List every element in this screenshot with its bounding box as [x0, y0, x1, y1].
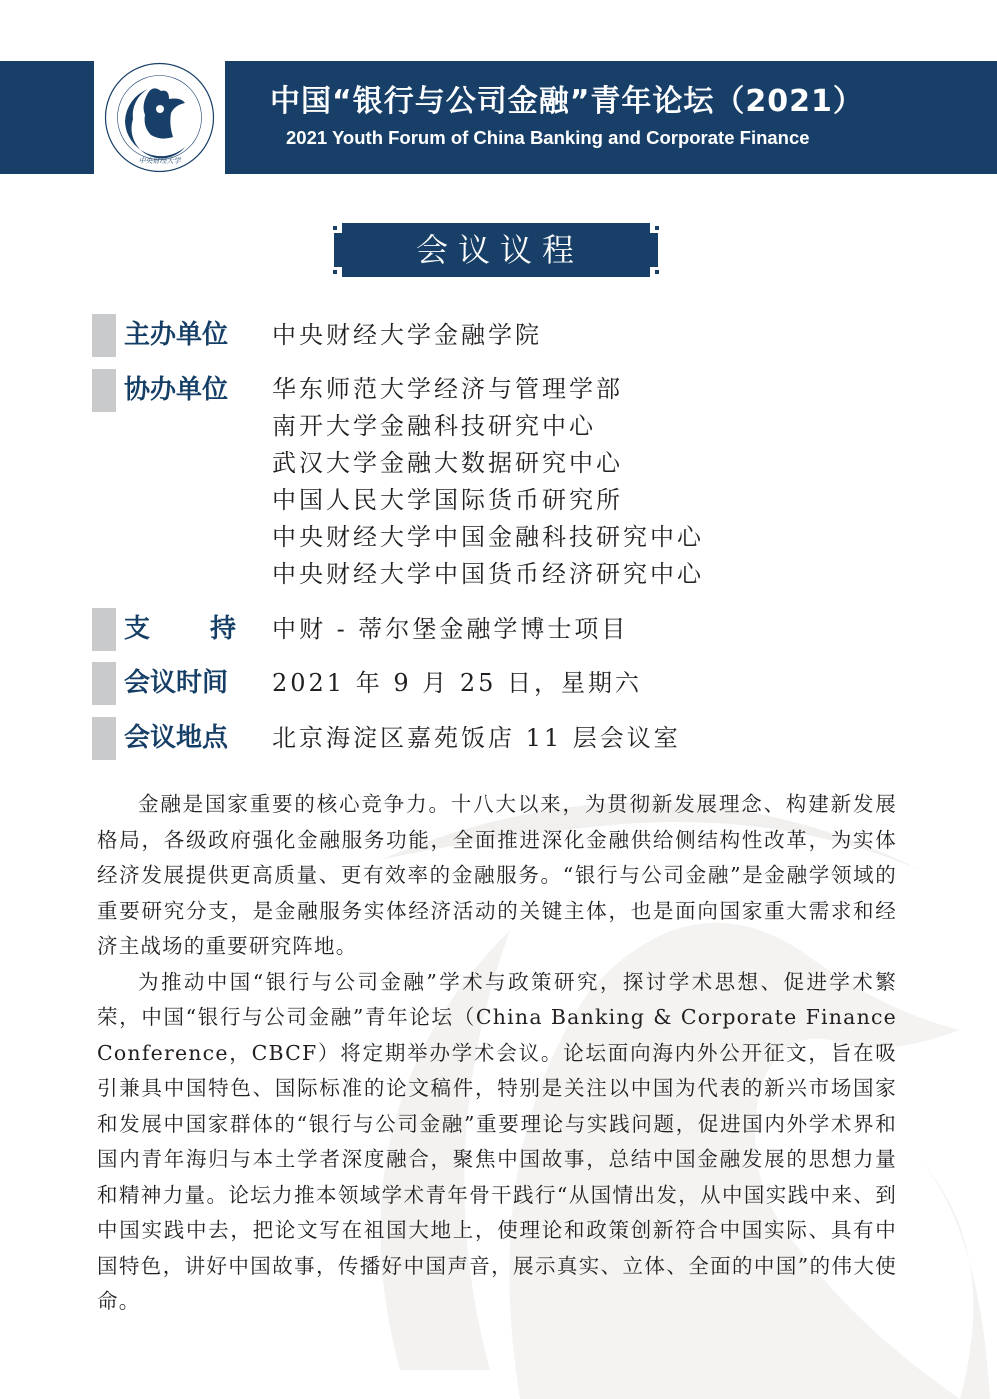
- info-values: 中央财经大学金融学院: [272, 317, 542, 354]
- paragraph: 为推动中国“银行与公司金融”学术与政策研究，探讨学术思想、促进学术繁荣，中国“银…: [97, 965, 897, 1320]
- header-title-cn: 中国“银行与公司金融”青年论坛（2021）: [270, 84, 864, 120]
- info-values: 中财 - 蒂尔堡金融学博士项目: [272, 611, 628, 648]
- info-bar: [92, 662, 116, 705]
- info-values: 华东师范大学经济与管理学部 南开大学金融科技研究中心 武汉大学金融大数据研究中心…: [272, 371, 704, 593]
- info-value: 中央财经大学金融学院: [272, 317, 542, 354]
- info-bar: [92, 314, 116, 357]
- info-value: 中财 - 蒂尔堡金融学博士项目: [272, 611, 628, 648]
- intro-body: 金融是国家重要的核心竞争力。十八大以来，为贯彻新发展理念、构建新发展格局，各级政…: [97, 787, 897, 1320]
- info-label-char: 支: [124, 608, 150, 651]
- info-bar: [92, 369, 116, 412]
- info-value: 2021 年 9 月 25 日，星期六: [272, 665, 642, 702]
- info-value: 南开大学金融科技研究中心: [272, 408, 704, 445]
- info-label: 主办单位: [124, 314, 228, 357]
- section-title: 会议议程: [328, 219, 664, 281]
- info-label: 会议时间: [124, 662, 228, 705]
- info-value: 武汉大学金融大数据研究中心: [272, 445, 704, 482]
- info-values: 2021 年 9 月 25 日，星期六: [272, 665, 642, 702]
- info-label-char: 持: [210, 608, 236, 651]
- cufe-logo-icon: 中央财经大学: [103, 61, 216, 174]
- header-band-left: [0, 61, 94, 174]
- info-value: 中国人民大学国际货币研究所: [272, 482, 704, 519]
- info-label: 协办单位: [124, 369, 228, 412]
- paragraph: 金融是国家重要的核心竞争力。十八大以来，为贯彻新发展理念、构建新发展格局，各级政…: [97, 787, 897, 965]
- header-title-en: 2021 Youth Forum of China Banking and Co…: [286, 127, 810, 149]
- info-label: 支 持: [124, 608, 236, 651]
- info-value: 中央财经大学中国货币经济研究中心: [272, 556, 704, 593]
- info-value: 中央财经大学中国金融科技研究中心: [272, 519, 704, 556]
- info-value: 华东师范大学经济与管理学部: [272, 371, 704, 408]
- info-bar: [92, 717, 116, 760]
- info-label: 会议地点: [124, 717, 228, 760]
- svg-text:中央财经大学: 中央财经大学: [139, 157, 182, 165]
- info-value: 北京海淀区嘉苑饭店 11 层会议室: [272, 720, 681, 757]
- info-values: 北京海淀区嘉苑饭店 11 层会议室: [272, 720, 681, 757]
- info-bar: [92, 608, 116, 651]
